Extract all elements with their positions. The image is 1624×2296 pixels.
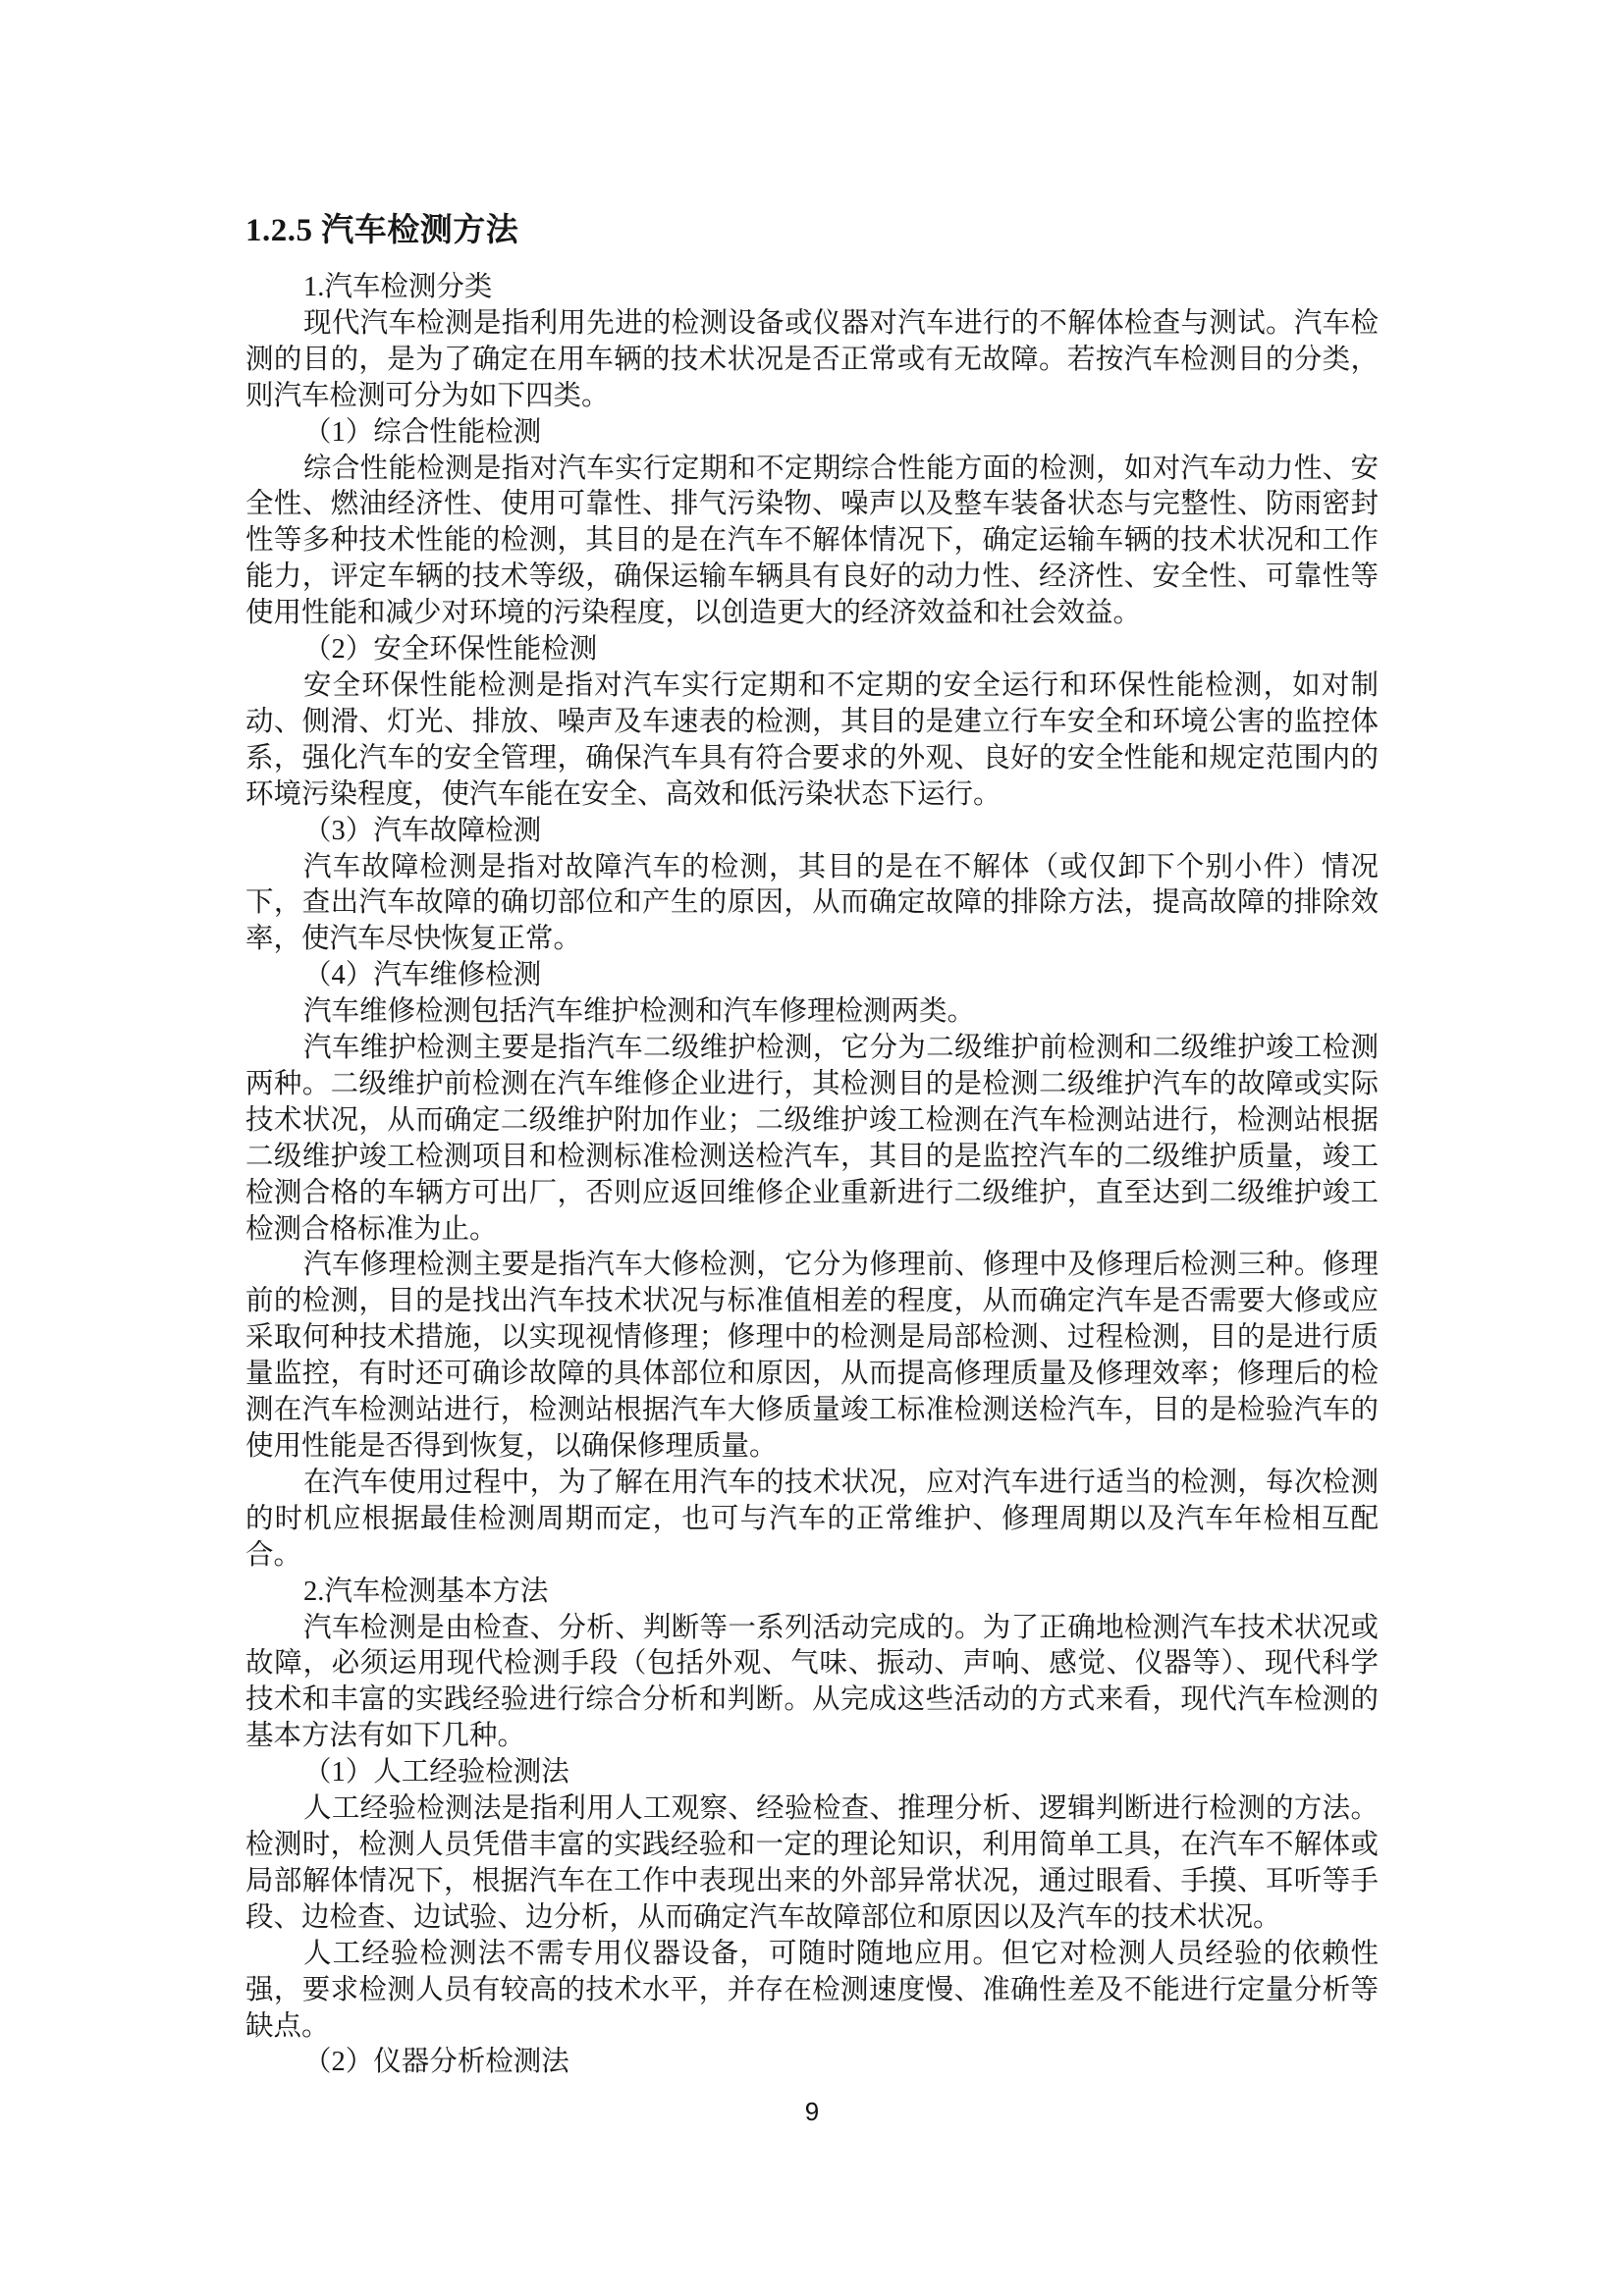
paragraph: 汽车维修检测包括汽车维护检测和汽车修理检测两类。	[245, 994, 1379, 1031]
page-number: 9	[0, 2097, 1624, 2126]
paragraph: 汽车修理检测主要是指汽车大修检测，它分为修理前、修理中及修理后检测三种。修理前的…	[245, 1248, 1379, 1465]
subsection-heading: （3）汽车故障检测	[245, 814, 1379, 850]
subsection-heading: 2.汽车检测基本方法	[245, 1575, 1379, 1611]
subsection-heading: （4）汽车维修检测	[245, 958, 1379, 994]
paragraph: 现代汽车检测是指利用先进的检测设备或仪器对汽车进行的不解体检查与测试。汽车检测的…	[245, 306, 1379, 415]
subsection-heading: （2）安全环保性能检测	[245, 632, 1379, 668]
document-page: 1.2.5 汽车检测方法 1.汽车检测分类 现代汽车检测是指利用先进的检测设备或…	[0, 0, 1624, 2296]
paragraph: 人工经验检测法不需专用仪器设备，可随时随地应用。但它对检测人员经验的依赖性强，要…	[245, 1937, 1379, 2046]
subsection-heading: （1）人工经验检测法	[245, 1755, 1379, 1791]
subsection-heading: 1.汽车检测分类	[245, 270, 1379, 306]
paragraph: 在汽车使用过程中，为了解在用汽车的技术状况，应对汽车进行适当的检测，每次检测的时…	[245, 1466, 1379, 1575]
paragraph: 汽车故障检测是指对故障汽车的检测，其目的是在不解体（或仅卸下个别小件）情况下，查…	[245, 850, 1379, 959]
paragraph: 人工经验检测法是指利用人工观察、经验检查、推理分析、逻辑判断进行检测的方法。检测…	[245, 1791, 1379, 1937]
text-column: 1.2.5 汽车检测方法 1.汽车检测分类 现代汽车检测是指利用先进的检测设备或…	[245, 211, 1379, 2081]
paragraph: 汽车维护检测主要是指汽车二级维护检测，它分为二级维护前检测和二级维护竣工检测两种…	[245, 1031, 1379, 1248]
section-heading: 1.2.5 汽车检测方法	[245, 211, 1379, 250]
subsection-heading: （2）仪器分析检测法	[245, 2045, 1379, 2081]
subsection-heading: （1）综合性能检测	[245, 415, 1379, 452]
paragraph: 综合性能检测是指对汽车实行定期和不定期综合性能方面的检测，如对汽车动力性、安全性…	[245, 452, 1379, 633]
paragraph: 安全环保性能检测是指对汽车实行定期和不定期的安全运行和环保性能检测，如对制动、侧…	[245, 668, 1379, 814]
paragraph: 汽车检测是由检查、分析、判断等一系列活动完成的。为了正确地检测汽车技术状况或故障…	[245, 1611, 1379, 1756]
